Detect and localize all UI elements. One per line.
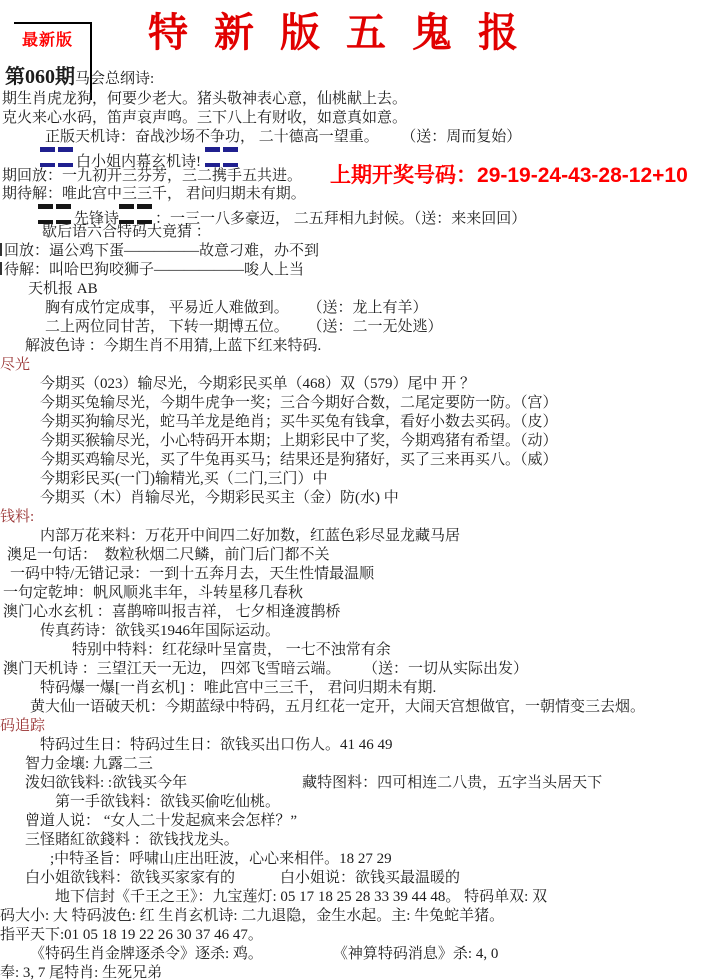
clipped-character-mark xyxy=(0,243,2,256)
text-segment: 奉: 3, 7 尾特肖: 生死兄弟 xyxy=(0,965,162,980)
section-heading: 尽光 xyxy=(0,357,30,373)
text-segment: 指平天下:01 05 18 19 22 26 30 37 46 47。 xyxy=(0,927,263,943)
text-line-29: 传真药诗：欲钱买1946年国际运动。 xyxy=(0,622,703,641)
text-segment: 二上两位同甘苦， 下转一期博五位。 （送：二一无处逃） xyxy=(45,319,443,335)
text-line-20: 今期买鸡输尽光，买了牛兔再买马；结果还是狗猪好，买了三来再买八。（威） xyxy=(0,451,703,470)
text-segment: 正版天机诗：奋战沙场不争功， 二十德高一望重。 （送：周而复始） xyxy=(45,129,521,145)
text-line-1: 期生肖虎龙狗，何要少老大。猪头敬神表心意，仙桃献上去。 xyxy=(0,90,703,109)
text-line-5: 期回放：一九初开三芬芳，三二携手五共进。上期开奖号码：29-19-24-43-2… xyxy=(0,166,703,185)
text-line-0: 第060期马会总纲诗: xyxy=(0,64,703,90)
text-segment: 第060期 xyxy=(5,66,75,88)
badge-label: 最新版 xyxy=(14,24,73,50)
text-line-30: 特别中特料：红花绿叶呈富贵， 一七不浊常有余 xyxy=(0,641,703,660)
section-heading: 码追踪 xyxy=(0,718,45,734)
text-line-25: 澳足一句话： 数粒秋烟二尺鳞，前门后门都不关 xyxy=(0,546,703,565)
text-segment: 白小姐说：欲钱买最温暖的 xyxy=(280,870,460,886)
text-segment: 今期买狗输尽光，蛇马羊龙是绝肖；买牛买兔有钱拿，看好小数去买码。（皮） xyxy=(40,414,558,430)
text-line-27: 一句定乾坤：帆风顺兆丰年，斗转星移几春秋 xyxy=(0,584,703,603)
text-segment: 澳足一句话： 数粒秋烟二尺鳞，前门后门都不关 xyxy=(7,547,330,563)
text-segment: 《神算特码消息》杀: 4, 0 xyxy=(333,946,498,962)
text-line-13: 二上两位同甘苦， 下转一期博五位。 （送：二一无处逃） xyxy=(0,318,703,337)
text-segment: 歇后语六合特码大竟猜 ： xyxy=(42,224,211,240)
text-line-26: 一码中特/无错记录：一到十五奔月去，天生性情最温顺 xyxy=(0,565,703,584)
text-segment: 一码中特/无错记录：一到十五奔月去，天生性情最温顺 xyxy=(10,566,374,582)
text-segment: 今期买兔输尽光，今期牛虎争一奖；三合今期好合数，二尾定要防一防。（宫） xyxy=(40,395,558,411)
text-segment: 天机报 AB xyxy=(28,281,98,297)
double-bar-icon xyxy=(223,147,238,167)
text-line-38: 第一手欲钱料：欲钱买偷吃仙桃。 xyxy=(0,793,703,812)
text-segment: 解波色诗 ：今期生肖不用猜,上蓝下红来特码. xyxy=(25,338,321,354)
text-segment: 码大小: 大 特码波色: 红 生肖玄机诗: 二九退隐，金生水起。主: 牛兔蛇羊猪… xyxy=(0,908,504,924)
text-segment: 特码爆一爆[一肖玄机] ：唯此宫中三三千， 君问归期未有期. xyxy=(40,680,436,696)
text-line-12: 胸有成竹定成事， 平易近人难做到。 （送：龙上有羊） xyxy=(0,299,703,318)
text-segment: 回放：逼公鸡下蛋—————故意刁难，办不到 xyxy=(4,243,319,259)
text-line-39: 曾道人说： “女人二十发起疯来会怎样？” xyxy=(0,812,703,831)
text-segment: 地下信封《千王之王》：九宝莲灯: 05 17 18 25 28 33 39 44… xyxy=(55,889,547,905)
text-line-32: 特码爆一爆[一肖玄机] ：唯此宫中三三千， 君问归期未有期. xyxy=(0,679,703,698)
text-segment: 期待解：唯此宫中三三千， 君问归期未有期。 xyxy=(2,186,306,202)
double-bar-icon xyxy=(205,147,220,167)
text-segment: 待解：叫哈巴狗咬狮子——————唆人上当 xyxy=(4,262,304,278)
page-title: 特 新 版 五 鬼 报 xyxy=(0,0,703,62)
text-line-19: 今期买猴输尽光，小心特码开本期；上期彩民中了奖，今期鸡猪有希望。（动） xyxy=(0,432,703,451)
text-segment: 曾道人说： “女人二十发起疯来会怎样？” xyxy=(25,813,297,829)
text-line-10: 待解：叫哈巴狗咬狮子——————唆人上当 xyxy=(0,261,703,280)
text-line-45: 指平天下:01 05 18 19 22 26 30 37 46 47。 xyxy=(0,926,703,945)
text-line-23: 钱料: xyxy=(0,508,703,527)
text-segment: 今期买（023）输尽光，今期彩民买单（468）双（579）尾中 开 ？ xyxy=(40,376,475,392)
text-line-9: 回放：逼公鸡下蛋—————故意刁难，办不到 xyxy=(0,242,703,261)
text-segment: 第一手欲钱料：欲钱买偷吃仙桃。 xyxy=(55,794,280,810)
text-line-16: 今期买（023）输尽光，今期彩民买单（468）双（579）尾中 开 ？ xyxy=(0,375,703,394)
text-line-3: 正版天机诗：奋战沙场不争功， 二十德高一望重。 （送：周而复始） xyxy=(0,128,703,147)
double-bar-icon xyxy=(40,147,55,167)
text-segment: 内部万花来料：万花开中间四二好加数，红蓝色彩尽显龙藏马居 xyxy=(40,528,460,544)
text-segment: 今期彩民买(一门)输精光,买（二门,三门）中 xyxy=(40,471,328,487)
text-line-17: 今期买兔输尽光，今期牛虎争一奖；三合今期好合数，二尾定要防一防。（宫） xyxy=(0,394,703,413)
text-segment: 澳门天机诗 ：三望江天一无边， 四郊飞雪暗云端。 （送：一切从实际出发） xyxy=(3,661,528,677)
prev-draw-numbers: 上期开奖号码：29-19-24-43-28-12+10 xyxy=(330,164,688,187)
text-segment: 特码过生日：特码过生日：欲钱买出口伤人。41 46 49 xyxy=(40,737,393,753)
double-bar-icon xyxy=(119,204,134,224)
text-line-47: 奉: 3, 7 尾特肖: 生死兄弟 xyxy=(0,964,703,980)
text-line-21: 今期彩民买(一门)输精光,买（二门,三门）中 xyxy=(0,470,703,489)
text-line-40: 三怪賭紅欲錢料 ：欲钱找龙头。 xyxy=(0,831,703,850)
text-line-28: 澳门心水玄机 ：喜鹊啼叫报吉祥， 七夕相逢渡鹊桥 xyxy=(0,603,703,622)
text-segment: 今期买（木）肖输尽光，今期彩民买主（金）防(水) 中 xyxy=(40,490,399,506)
text-line-43: 地下信封《千王之王》：九宝莲灯: 05 17 18 25 28 33 39 44… xyxy=(0,888,703,907)
text-segment: 克火来心水码，笛声哀声鸣。三下八上有财收，如意真如意。 xyxy=(2,110,407,126)
text-segment: 一句定乾坤：帆风顺兆丰年，斗转星移几春秋 xyxy=(3,585,303,601)
text-line-34: 码追踪 xyxy=(0,717,703,736)
double-bar-icon xyxy=(38,204,53,224)
text-segment: 传真药诗：欲钱买1946年国际运动。 xyxy=(40,623,280,639)
text-segment: 智力金壤: 九露二三 xyxy=(25,756,153,772)
text-line-46: 《特码生肖金牌逐杀令》逐杀: 鸡。《神算特码消息》杀: 4, 0 xyxy=(0,945,703,964)
double-bar-icon xyxy=(58,147,73,167)
text-line-44: 码大小: 大 特码波色: 红 生肖玄机诗: 二九退隐，金生水起。主: 牛兔蛇羊猪… xyxy=(0,907,703,926)
text-line-7: 先锋诗：一三一八多豪迈， 二五拜相九封候。（送：来来回回） xyxy=(0,204,703,223)
text-line-42: 白小姐欲钱料：欲钱买家家有的白小姐说：欲钱买最温暖的 xyxy=(0,869,703,888)
text-segment: 期回放：一九初开三芬芳，三二携手五共进。 xyxy=(2,168,302,184)
double-bar-icon xyxy=(56,204,71,224)
text-line-6: 期待解：唯此宫中三三千， 君问归期未有期。 xyxy=(0,185,703,204)
text-segment: 白小姐欲钱料：欲钱买家家有的 xyxy=(25,870,235,886)
double-bar-icon xyxy=(137,204,152,224)
text-segment: ;中特圣旨：呼啸山庄出旺波，心心来相伴。18 27 29 xyxy=(50,851,392,867)
clipped-character-mark xyxy=(0,262,2,275)
text-line-2: 克火来心水码，笛声哀声鸣。三下八上有财收，如意真如意。 xyxy=(0,109,703,128)
text-line-31: 澳门天机诗 ：三望江天一无边， 四郊飞雪暗云端。 （送：一切从实际出发） xyxy=(0,660,703,679)
text-segment: 期生肖虎龙狗，何要少老大。猪头敬神表心意，仙桃献上去。 xyxy=(2,91,407,107)
text-segment: 泼妇欲钱料: :欲钱买今年 xyxy=(25,775,187,791)
text-line-33: 黄大仙一语破天机：今期蓝绿中特码，五月红花一定开，大闹天宫想做官，一朝情变三去烟… xyxy=(0,698,703,717)
text-line-11: 天机报 AB xyxy=(0,280,703,299)
text-segment: 胸有成竹定成事， 平易近人难做到。 （送：龙上有羊） xyxy=(45,300,428,316)
text-segment: 特别中特料：红花绿叶呈富贵， 一七不浊常有余 xyxy=(72,642,391,658)
text-line-35: 特码过生日：特码过生日：欲钱买出口伤人。41 46 49 xyxy=(0,736,703,755)
text-segment: 今期买鸡输尽光，买了牛兔再买马；结果还是狗猪好，买了三来再买八。（威） xyxy=(40,452,558,468)
text-segment: 马会总纲诗: xyxy=(75,71,154,87)
text-segment: 黄大仙一语破天机：今期蓝绿中特码，五月红花一定开，大闹天宫想做官，一朝情变三去烟… xyxy=(30,699,645,715)
section-heading: 钱料: xyxy=(0,509,34,525)
text-line-24: 内部万花来料：万花开中间四二好加数，红蓝色彩尽显龙藏马居 xyxy=(0,527,703,546)
text-line-18: 今期买狗输尽光，蛇马羊龙是绝肖；买牛买兔有钱拿，看好小数去买码。（皮） xyxy=(0,413,703,432)
text-segment: 澳门心水玄机 ：喜鹊啼叫报吉祥， 七夕相逢渡鹊桥 xyxy=(3,604,341,620)
text-line-41: ;中特圣旨：呼啸山庄出旺波，心心来相伴。18 27 29 xyxy=(0,850,703,869)
text-line-14: 解波色诗 ：今期生肖不用猜,上蓝下红来特码. xyxy=(0,337,703,356)
text-segment: 《特码生肖金牌逐杀令》逐杀: 鸡。 xyxy=(30,946,263,962)
document-body: 第060期马会总纲诗:期生肖虎龙狗，何要少老大。猪头敬神表心意，仙桃献上去。克火… xyxy=(0,62,703,980)
text-segment: 三怪賭紅欲錢料 ：欲钱找龙头。 xyxy=(25,832,239,848)
text-line-15: 尽光 xyxy=(0,356,703,375)
text-line-37: 泼妇欲钱料: :欲钱买今年藏特图料：四可相连二八贵，五字当头居天下 xyxy=(0,774,703,793)
text-segment: 今期买猴输尽光，小心特码开本期；上期彩民中了奖，今期鸡猪有希望。（动） xyxy=(40,433,558,449)
text-segment: 藏特图料：四可相连二八贵，五字当头居天下 xyxy=(302,775,602,791)
text-line-22: 今期买（木）肖输尽光，今期彩民买主（金）防(水) 中 xyxy=(0,489,703,508)
text-line-36: 智力金壤: 九露二三 xyxy=(0,755,703,774)
